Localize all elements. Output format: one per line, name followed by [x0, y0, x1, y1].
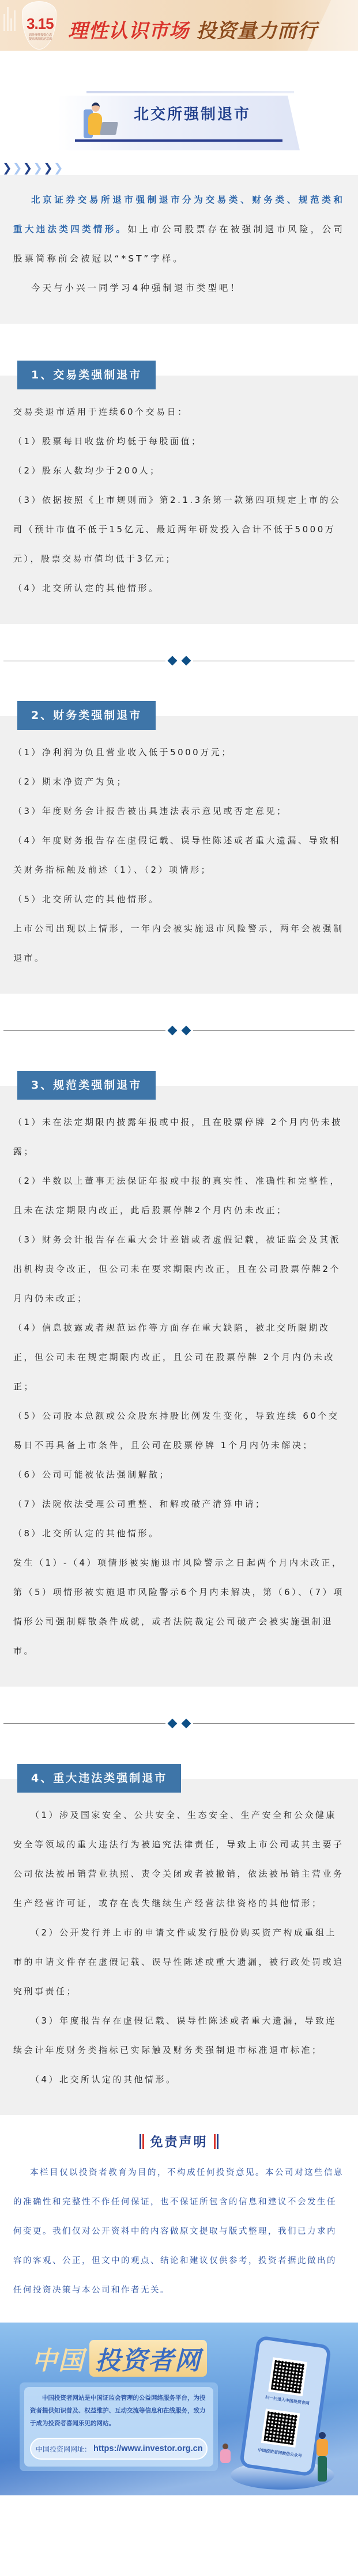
- section-paragraph: （4）信息披露或者规范运作等方面存在重大缺陷，被北交所限期改正，但公司未在规定期…: [13, 1313, 345, 1401]
- qr-code-website[interactable]: [268, 2357, 307, 2396]
- running-person-icon: [314, 2432, 331, 2484]
- badge-number: 3.15: [27, 15, 54, 33]
- diamond-icon: [181, 656, 191, 666]
- section-body: （1）净利润为负且营业收入低于5000万元； （2）期末净资产为负； （3）年度…: [0, 716, 358, 994]
- section-heading: 4、重大违法类强制退市: [17, 1764, 181, 1793]
- section-heading: 3、规范类强制退市: [17, 1071, 156, 1100]
- title-top-line: [86, 91, 294, 93]
- diamond-icon: [167, 1026, 177, 1036]
- investor-network-logo: 中国 投资者网: [32, 2340, 207, 2377]
- banner-slogan: 理性认识市场 投资量力而行: [68, 15, 318, 43]
- slogan-part1: 理性认识市场: [68, 20, 189, 43]
- badge-sub-line2: 提高风险防范意识: [25, 37, 55, 41]
- qr-caption-website: 扫一扫进入中国投资者网: [255, 2393, 319, 2408]
- disclaimer-body: 本栏目仅以投资者教育为目的，不构成任何投资意见。本公司对这些信息的准确性和完整性…: [13, 2158, 345, 2305]
- diamond-icon: [167, 656, 177, 666]
- campaign-banner: 3.15 倡导理性投资心态 提高风险防范意识 理性认识市场 投资量力而行: [0, 0, 358, 51]
- section-paragraph: 发生（1）-（4）项情形被实施退市风险警示之日起两个月内未改正，第（5）项情形被…: [13, 1548, 345, 1666]
- disclaimer: 免责声明 本栏目仅以投资者教育为目的，不构成任何投资意见。本公司对这些信息的准确…: [0, 2115, 358, 2317]
- intro-paragraph: 北京证券交易所退市强制退市分为交易类、财务类、规范类和重大违法类四类情形。如上市…: [13, 185, 345, 274]
- section-paragraph: （1）净利润为负且营业收入低于5000万元；: [13, 738, 345, 767]
- title-underline: [75, 139, 282, 142]
- diamond-icon: [181, 1026, 191, 1036]
- diamond-icon: [167, 1719, 177, 1729]
- section-paragraph: （2）股东人数均少于200人；: [13, 456, 345, 486]
- section-paragraph: （3）年度报告存在虚假记载、误导性陈述或者重大遗漏，导致连续会计年度财务类指标已…: [13, 2006, 345, 2065]
- section-paragraph: （7）法院依法受理公司重整、和解或破产清算申请；: [13, 1490, 345, 1519]
- section-paragraph: （1）涉及国家安全、公共安全、生态安全、生产安全和公众健康安全等领域的重大违法行…: [13, 1801, 345, 1918]
- section-paragraph: （4）北交所认定的其他情形。: [13, 2065, 345, 2094]
- slogan-part2: 投资量力而行: [197, 20, 318, 43]
- section-paragraph: （6）公司可能被依法强制解散；: [13, 1460, 345, 1490]
- section-paragraph: （1）未在法定期限内披露年报或中报，且在股票停牌 2个月内仍未披露；: [13, 1108, 345, 1166]
- section-paragraph: （2）期末净资产为负；: [13, 767, 345, 797]
- url-label: 中国投资网网址：: [36, 2444, 91, 2454]
- title-card: 北交所强制退市: [0, 91, 358, 160]
- page-bottom-spacer: [0, 2495, 358, 2576]
- chart-bars-decoration: [3, 2, 21, 31]
- intro-block: 北京证券交易所退市强制退市分为交易类、财务类、规范类和重大违法类四类情形。如上市…: [0, 175, 358, 324]
- section-compliance: 3、规范类强制退市 （1）未在法定期限内披露年报或中报，且在股票停牌 2个月内仍…: [0, 1071, 358, 1687]
- logo-part1: 中国: [32, 2340, 85, 2377]
- bar-right-icon: [214, 2134, 218, 2149]
- website-url-pill[interactable]: 中国投资网网址： https://www.investor.org.cn: [30, 2438, 208, 2460]
- section-paragraph: （5）北交所认定的其他情形。: [13, 885, 345, 914]
- person-at-laptop-icon: [84, 101, 118, 143]
- section-paragraph: （3）年度财务会计报告被出具违法表示意见或否定意见；: [13, 797, 345, 826]
- section-trading: 1、交易类强制退市 交易类退市适用于连续60个交易日： （1）股票每日收盘价均低…: [0, 361, 358, 624]
- section-paragraph: 上市公司出现以上情形，一年内会被实施退市风险警示，两年会被强制退市。: [13, 914, 345, 973]
- section-major-violation: 4、重大违法类强制退市 （1）涉及国家安全、公共安全、生态安全、生产安全和公众健…: [0, 1764, 358, 2115]
- section-heading: 1、交易类强制退市: [17, 361, 156, 389]
- section-divider: [0, 655, 358, 666]
- section-body: （1）未在法定期限内披露年报或中报，且在股票停牌 2个月内仍未披露； （2）半数…: [0, 1086, 358, 1687]
- section-paragraph: （2）半数以上董事无法保证年报或中报的真实性、准确性和完整性，且未在法定期限内改…: [13, 1166, 345, 1225]
- section-financial: 2、财务类强制退市 （1）净利润为负且营业收入低于5000万元； （2）期末净资…: [0, 701, 358, 994]
- investor-network-description: 中国投资者网站是中国证监会管理的公益网络服务平台，为投资者提供知识普及、权益维护…: [30, 2392, 208, 2430]
- person-figure-icon: [219, 2444, 232, 2478]
- intro-closing: 今天与小兴一同学习4种强制退市类型吧！: [13, 274, 345, 303]
- section-paragraph: （3）依据按照《上市规则而》第2.1.3条第一款第四项规定上市的公司（预计市值不…: [13, 486, 345, 574]
- section-body: 交易类退市适用于连续60个交易日： （1）股票每日收盘价均低于每股面值； （2）…: [0, 376, 358, 624]
- disclaimer-title: 免责声明: [150, 2132, 208, 2150]
- section-paragraph: （8）北交所认定的其他情形。: [13, 1519, 345, 1548]
- disclaimer-heading: 免责声明: [13, 2132, 345, 2150]
- section-paragraph: （4）北交所认定的其他情形。: [13, 574, 345, 603]
- website-link[interactable]: https://www.investor.org.cn: [93, 2444, 203, 2453]
- investor-network-info-box: 中国投资者网站是中国证监会管理的公益网络服务平台，为投资者提供知识普及、权益维护…: [20, 2382, 218, 2471]
- section-paragraph: 交易类退市适用于连续60个交易日：: [13, 397, 345, 427]
- section-paragraph: （4）年度财务报告存在虚假记载、误导性陈述或者重大遗漏、导致相关财务指标触及前述…: [13, 826, 345, 885]
- section-heading: 2、财务类强制退市: [17, 701, 156, 730]
- section-divider: [0, 1025, 358, 1036]
- section-paragraph: （2）公开发行并上市的申请文件或发行股份购买资产构成重组上市的申请文件存在虚假记…: [13, 1918, 345, 2006]
- section-paragraph: （3）财务会计报告存在重大会计差错或者虚假记载，被证监会及其派出机构责令改正，但…: [13, 1225, 345, 1313]
- qr-code-wechat[interactable]: [261, 2408, 300, 2448]
- section-paragraph: （5）公司股本总额或公众股东持股比例发生变化，导致连续 60个交易日不再具备上市…: [13, 1401, 345, 1460]
- section-body: （1）涉及国家安全、公共安全、生态安全、生产安全和公众健康安全等领域的重大违法行…: [0, 1779, 358, 2115]
- bar-left-icon: [140, 2134, 144, 2149]
- badge-subtitle: 倡导理性投资心态 提高风险防范意识: [25, 33, 55, 41]
- investor-network-banner: 中国 投资者网 中国投资者网站是中国证监会管理的公益网络服务平台，为投资者提供知…: [0, 2323, 358, 2495]
- qr-caption-wechat: 中国投资者网微信公众号: [248, 2446, 311, 2460]
- diamond-icon: [181, 1719, 191, 1729]
- logo-part2: 投资者网: [89, 2340, 207, 2377]
- section-paragraph: （1）股票每日收盘价均低于每股面值；: [13, 427, 345, 456]
- badge-sub-line1: 倡导理性投资心态: [25, 33, 55, 37]
- page-title: 北交所强制退市: [134, 103, 251, 124]
- chevron-decoration-icon: ❯❯❯❯❯❯: [0, 160, 358, 175]
- section-divider: [0, 1718, 358, 1729]
